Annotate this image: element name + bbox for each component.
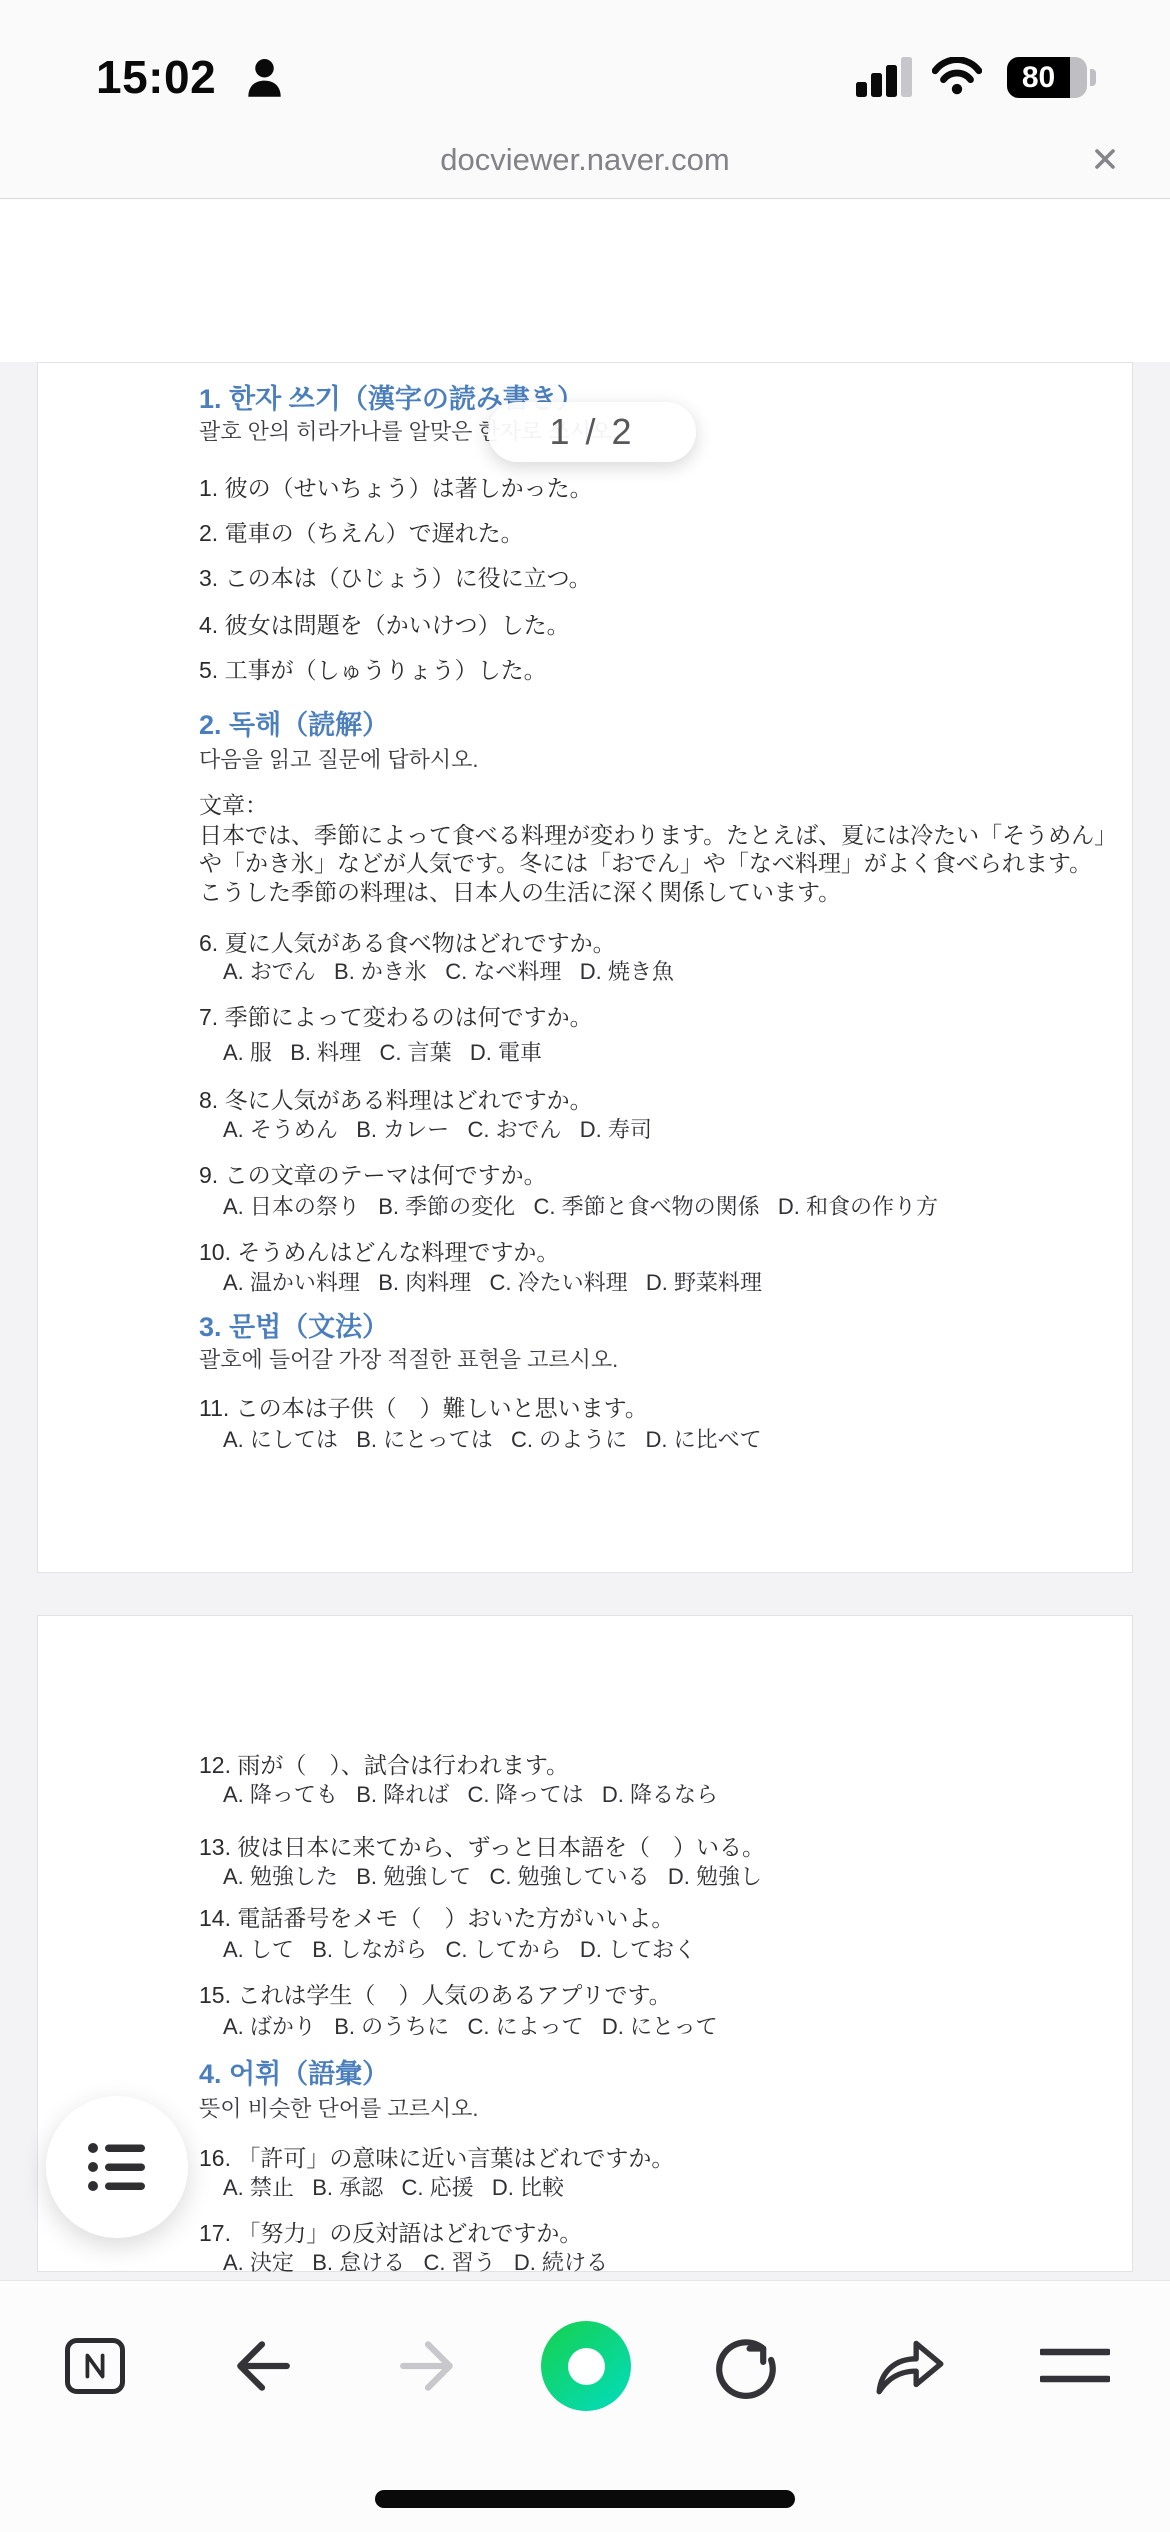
battery-icon: 80 [1007,57,1087,98]
options-row: A. 温かい料理 B. 肉料理 C. 冷たい料理 D. 野菜料理 [223,1269,762,1297]
options-row: A. おでん B. かき氷 C. なべ料理 D. 焼き魚 [223,958,674,986]
naver-n-icon [65,2338,125,2394]
options-row: A. そうめん B. カレー C. おでん D. 寿司 [223,1116,652,1144]
question-text: 10. そうめんはどんな料理ですか。 [199,1238,559,1267]
menu-icon [1040,2348,1110,2384]
list-icon [87,2141,147,2193]
share-icon [872,2332,948,2400]
section-heading: 4. 어휘（語彙） [199,2058,389,2092]
options-row: A. 降っても B. 降れば C. 降っては D. 降るなら [223,1781,718,1809]
question-text: 3. この本は（ひじょう）に役に立つ。 [199,564,592,593]
options-row: A. ばかり B. のうちに C. によって D. にとって [223,2013,718,2041]
bottom-toolbar [0,2280,1170,2532]
question-text: 12. 雨が（ ）、試合は行われます。 [199,1751,569,1780]
doc-page-1: 1. 한자 쓰기（漢字の読み書き） 괄호 안의 히라가나를 알맞은 한자로 쓰시… [37,362,1133,1573]
browser-url-bar: docviewer.naver.com [0,130,1170,199]
question-text: 1. 彼の（せいちょう）は著しかった。 [199,474,593,503]
options-row: A. 決定 B. 怠ける C. 習う D. 続ける [223,2249,608,2277]
passage-label: 文章： [199,791,268,820]
doc-viewer-header: JLPT_N3_N2_레벨테스트_문제지.docx [0,199,1170,362]
green-dot-button[interactable] [541,2321,631,2411]
question-text: 16. 「許可」の意味に近い言葉はどれですか。 [199,2144,674,2173]
question-text: 5. 工事が（しゅうりょう）した。 [199,656,547,685]
outline-list-button[interactable] [46,2096,188,2238]
options-row: A. 禁止 B. 承認 C. 応援 D. 比較 [223,2174,564,2202]
question-text: 11. この本は子供（ ）難しいと思います。 [199,1394,648,1423]
share-button[interactable] [865,2321,955,2411]
question-text: 13. 彼は日本に来てから、ずっと日本語を（ ）いる。 [199,1833,765,1862]
passage-line: や「かき氷」などが人気です。冬には「おでん」や「なべ料理」がよく食べられます。 [199,849,1092,878]
question-text: 6. 夏に人気がある食べ物はどれですか。 [199,929,616,958]
question-text: 2. 電車の（ちえん）で遅れた。 [199,519,524,548]
battery-cap [1090,69,1096,86]
passage-line: こうした季節の料理は、日本人の生活に深く関係しています。 [199,878,841,907]
instruction-text: 다음을 읽고 질문에 답하시오. [199,746,478,774]
page-indicator-text: 1 / 2 [549,411,634,453]
doc-page-2: 12. 雨が（ ）、試合は行われます。 A. 降っても B. 降れば C. 降っ… [37,1615,1133,2272]
wifi-icon [932,57,982,100]
refresh-button[interactable] [701,2321,791,2411]
doc-content-area[interactable]: 1. 한자 쓰기（漢字の読み書き） 괄호 안의 히라가나를 알맞은 한자로 쓰시… [0,362,1170,2280]
question-text: 15. これは学生（ ）人気のあるアプリです。 [199,1981,672,2010]
question-text: 8. 冬に人気がある料理はどれですか。 [199,1086,593,1115]
clock: 15:02 [96,50,216,104]
section-heading: 3. 문법（文法） [199,1311,389,1345]
instruction-text: 뜻이 비슷한 단어를 고르시오. [199,2095,478,2123]
question-text: 7. 季節によって変わるのは何ですか。 [199,1003,593,1032]
home-indicator[interactable] [375,2490,795,2508]
green-dot-center [568,2348,605,2385]
options-row: A. 日本の祭り B. 季節の変化 C. 季節と食べ物の関係 D. 和食の作り方 [223,1193,938,1221]
question-text: 9. この文章のテーマは何ですか。 [199,1161,547,1190]
person-icon [246,58,283,102]
page-indicator: 1 / 2 [488,402,696,462]
url-text: docviewer.naver.com [0,142,1170,178]
cellular-signal-icon [856,57,917,102]
question-text: 4. 彼女は問題を（かいけつ）した。 [199,611,570,640]
question-text: 14. 電話番号をメモ（ ）おいた方がいいよ。 [199,1904,674,1933]
naver-home-button[interactable] [50,2321,140,2411]
options-row: A. 勉強した B. 勉強して C. 勉強している D. 勉強し [223,1863,762,1891]
forward-arrow-icon [397,2337,459,2395]
green-dot-icon [541,2321,631,2411]
instruction-text: 괄호에 들어갈 가장 적절한 표현을 고르시오. [199,1346,618,1374]
options-row: A. 服 B. 料理 C. 言葉 D. 電車 [223,1039,542,1067]
battery-percent: 80 [1007,57,1070,98]
back-arrow-icon [231,2337,293,2395]
back-button[interactable] [217,2321,307,2411]
options-row: A. して B. しながら C. してから D. しておく [223,1936,696,1964]
forward-button[interactable] [383,2321,473,2411]
passage-line: 日本では、季節によって食べる料理が変わります。たとえば、夏には冷たい「そうめん」 [199,821,1117,850]
section-heading: 2. 독해（読解） [199,709,389,743]
question-text: 17. 「努力」の反対語はどれですか。 [199,2219,582,2248]
close-icon[interactable] [1090,144,1120,179]
menu-button[interactable] [1030,2321,1120,2411]
options-row: A. にしては B. にとっては C. のように D. に比べて [223,1426,762,1454]
status-bar: 15:02 80 [0,0,1170,130]
refresh-icon [712,2332,780,2400]
